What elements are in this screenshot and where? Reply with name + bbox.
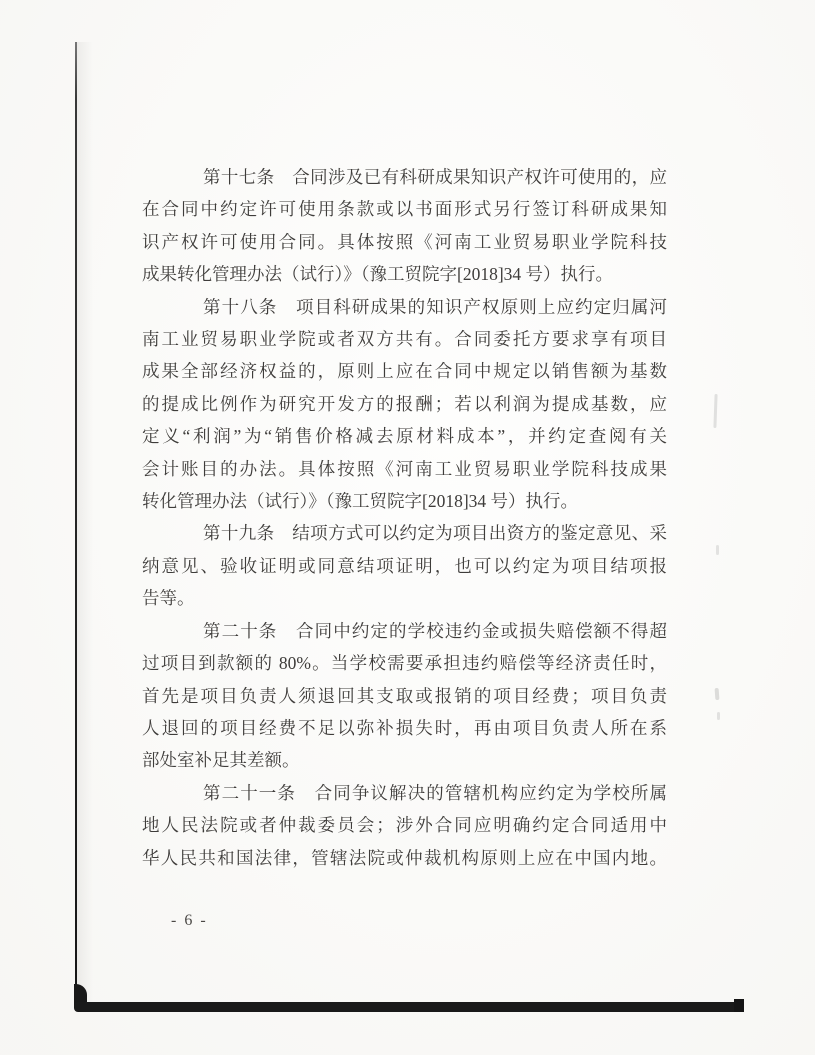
page-number: - 6 -	[171, 912, 208, 930]
text-line: 在合同中约定许可使用条款或以书面形式另行签订科研成果知	[142, 193, 667, 225]
text-line: 首先是项目负责人须退回其支取或报销的项目经费；项目负责	[142, 680, 667, 712]
page-bottom-edge-shadow	[74, 1002, 743, 1012]
text-line: 第十九条 结项方式可以约定为项目出资方的鉴定意见、采	[142, 517, 667, 549]
text-line: 地人民法院或者仲裁委员会；涉外合同应明确约定合同适用中	[142, 809, 667, 841]
text-line: 第十七条 合同涉及已有科研成果知识产权许可使用的，应	[142, 161, 667, 193]
text-line: 成果全部经济权益的，原则上应在合同中规定以销售额为基数	[142, 355, 667, 387]
page-bottom-edge-tip	[734, 999, 744, 1012]
text-line: 转化管理办法（试行）》（豫工贸院字[2018]34 号）执行。	[142, 485, 667, 517]
scanned-document-page: 第十七条 合同涉及已有科研成果知识产权许可使用的，应 在合同中约定许可使用条款或…	[0, 0, 815, 1055]
page-gutter-shade	[77, 42, 93, 1004]
text-line: 成果转化管理办法（试行）》（豫工贸院字[2018]34 号）执行。	[142, 258, 667, 290]
text-line: 定义“利润”为“销售价格减去原材料成本”，并约定查阅有关	[142, 420, 667, 452]
text-line: 的提成比例作为研究开发方的报酬；若以利润为提成基数，应	[142, 388, 667, 420]
text-line: 过项目到款额的 80%。当学校需要承担违约赔偿等经济责任时，	[142, 647, 667, 679]
text-line: 纳意见、验收证明或同意结项证明，也可以约定为项目结项报	[142, 550, 667, 582]
text-line: 华人民共和国法律，管辖法院或仲裁机构原则上应在中国内地。	[142, 842, 667, 874]
paragraph-article-17: 第十七条 合同涉及已有科研成果知识产权许可使用的，应 在合同中约定许可使用条款或…	[142, 161, 667, 291]
text-line: 会计账目的办法。具体按照《河南工业贸易职业学院科技成果	[142, 453, 667, 485]
scan-artifact	[716, 545, 719, 555]
paragraph-article-21: 第二十一条 合同争议解决的管辖机构应约定为学校所属 地人民法院或者仲裁委员会；涉…	[142, 777, 667, 874]
text-line: 人退回的项目经费不足以弥补损失时，再由项目负责人所在系	[142, 712, 667, 744]
text-line: 南工业贸易职业学院或者双方共有。合同委托方要求享有项目	[142, 323, 667, 355]
text-line: 识产权许可使用合同。具体按照《河南工业贸易职业学院科技	[142, 226, 667, 258]
text-line: 第二十条 合同中约定的学校违约金或损失赔偿额不得超	[142, 615, 667, 647]
text-line: 部处室补足其差额。	[142, 744, 667, 776]
scan-artifact	[715, 688, 720, 700]
paragraph-article-18: 第十八条 项目科研成果的知识产权原则上应约定归属河 南工业贸易职业学院或者双方共…	[142, 291, 667, 518]
paragraph-article-20: 第二十条 合同中约定的学校违约金或损失赔偿额不得超 过项目到款额的 80%。当学…	[142, 615, 667, 777]
scan-artifact	[717, 712, 720, 720]
text-line: 告等。	[142, 582, 667, 614]
paragraph-article-19: 第十九条 结项方式可以约定为项目出资方的鉴定意见、采 纳意见、验收证明或同意结项…	[142, 517, 667, 614]
text-line: 第十八条 项目科研成果的知识产权原则上应约定归属河	[142, 291, 667, 323]
scan-artifact	[713, 394, 717, 428]
document-body: 第十七条 合同涉及已有科研成果知识产权许可使用的，应 在合同中约定许可使用条款或…	[142, 161, 667, 874]
text-line: 第二十一条 合同争议解决的管辖机构应约定为学校所属	[142, 777, 667, 809]
